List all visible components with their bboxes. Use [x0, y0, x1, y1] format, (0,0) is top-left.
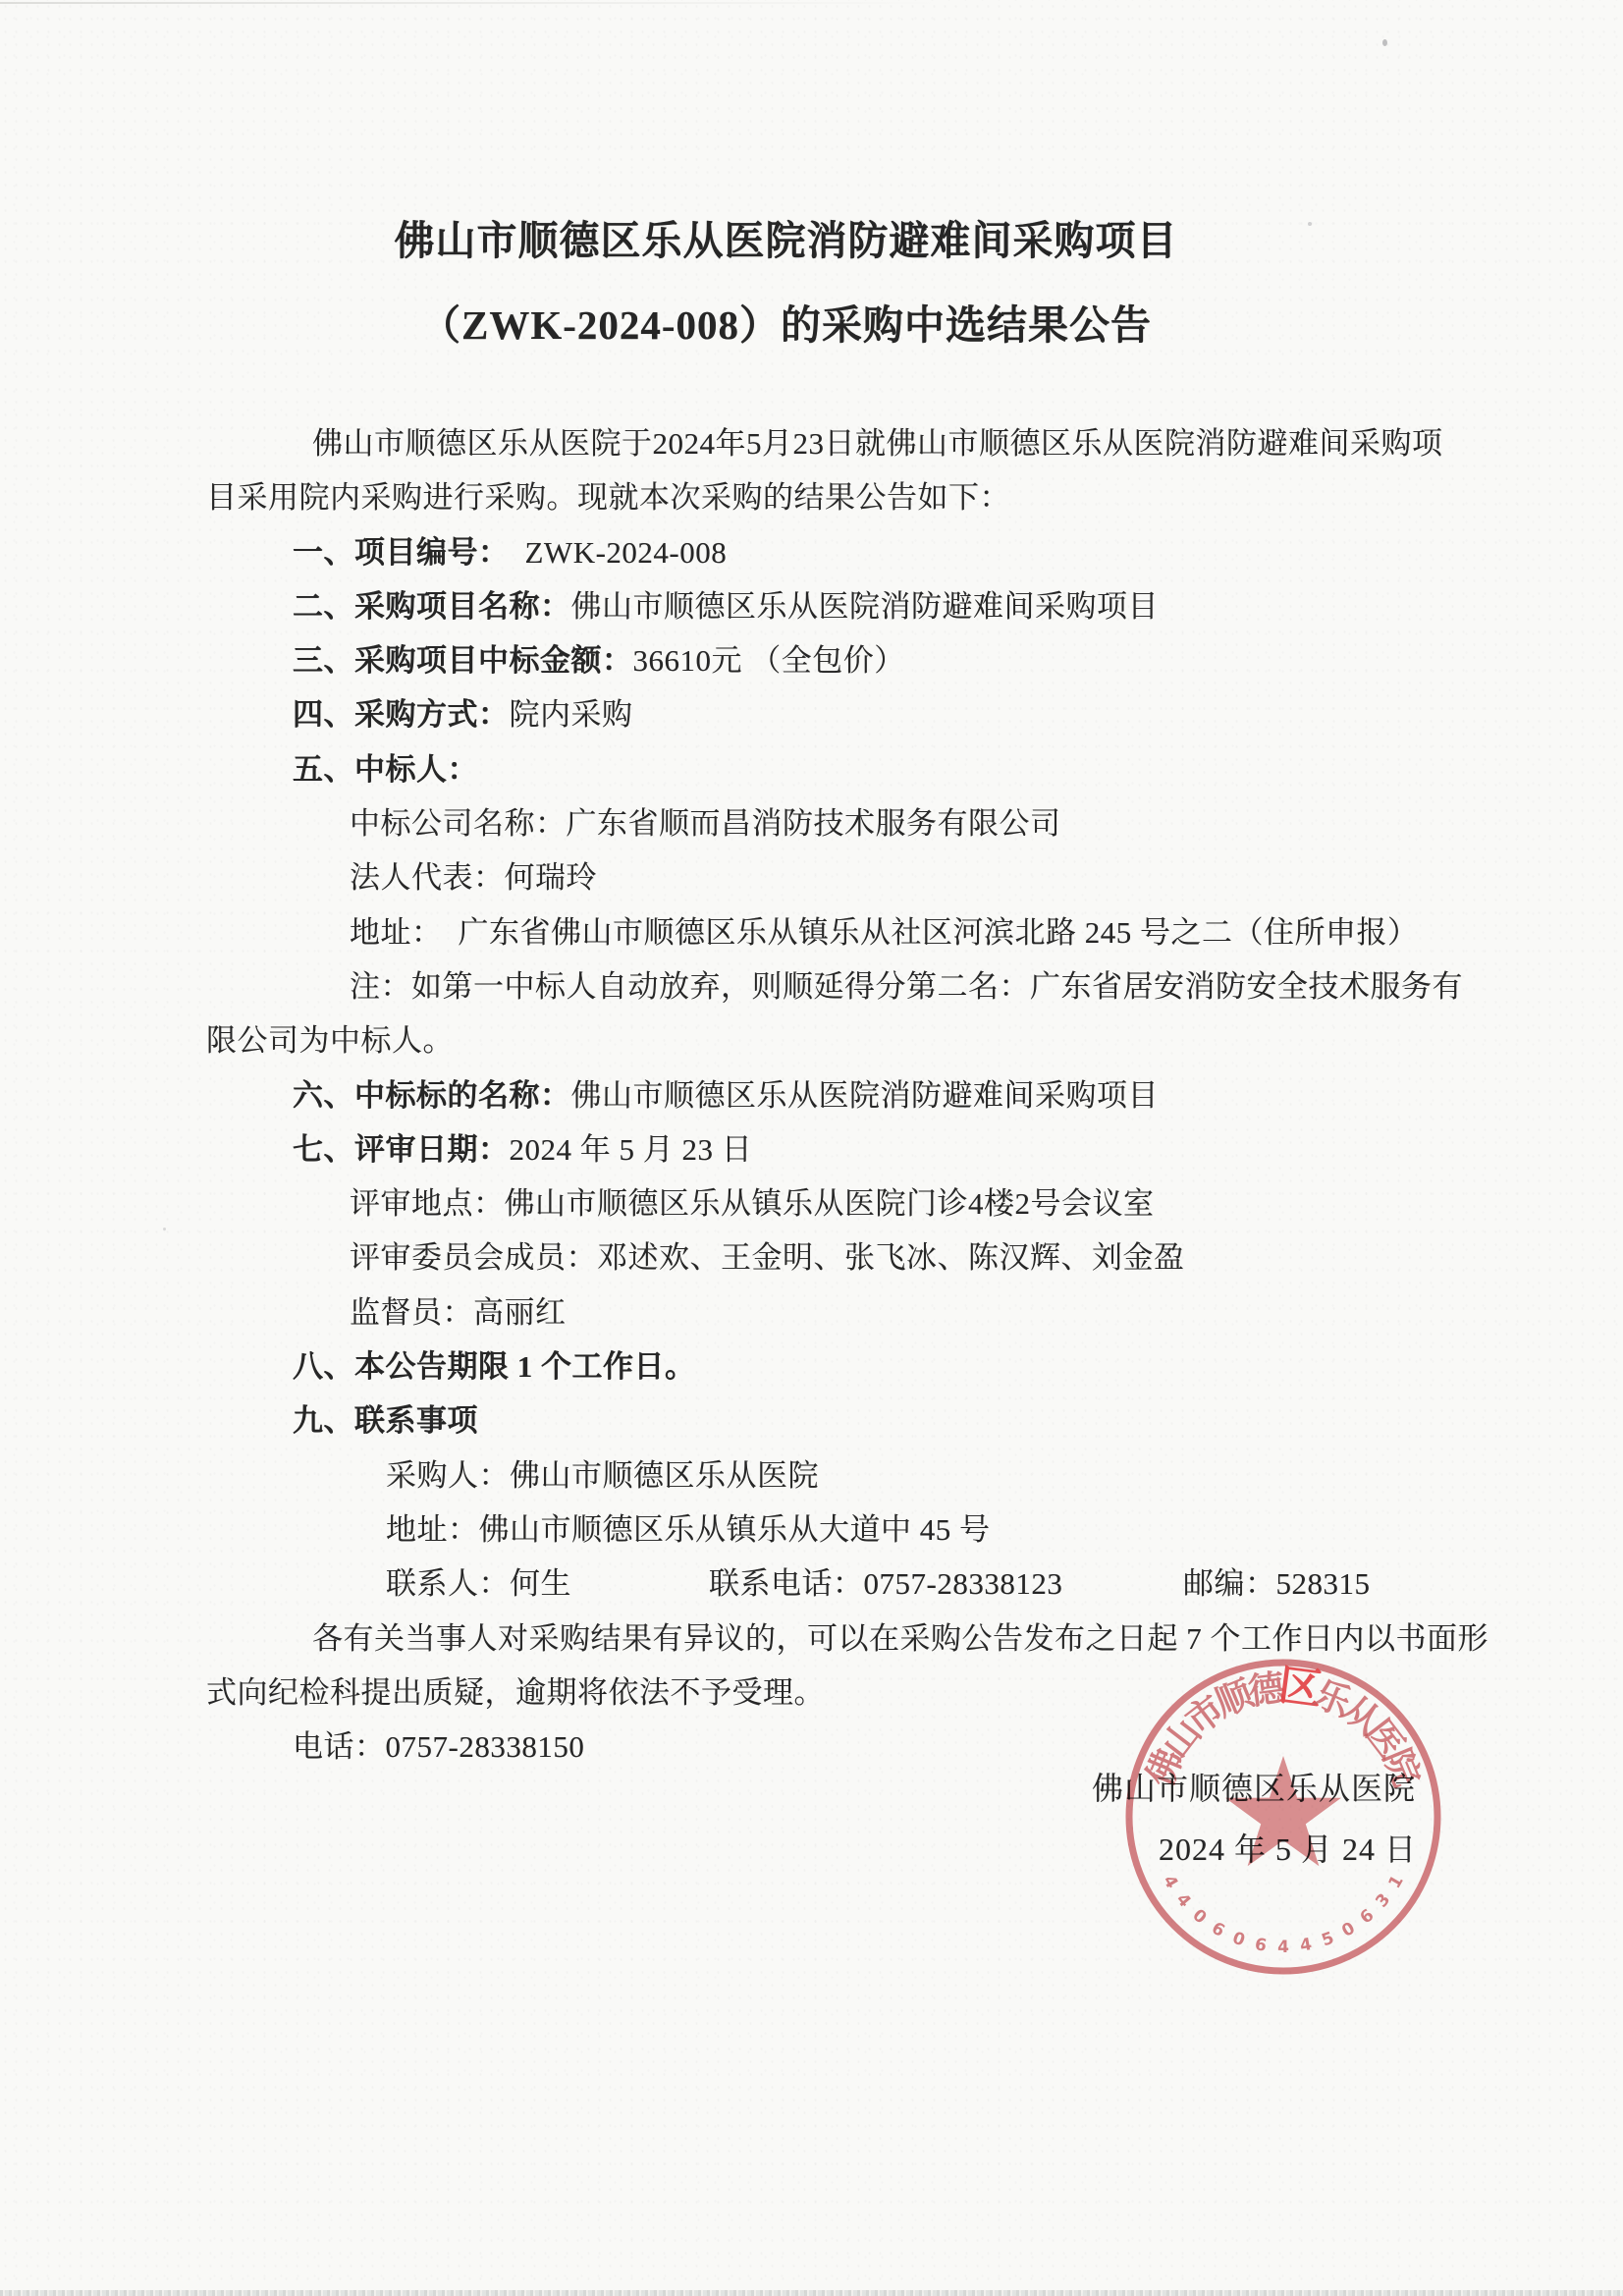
- line-label: 九、联系事项: [293, 1403, 478, 1438]
- svg-text:1: 1: [1385, 1872, 1408, 1891]
- line-text: 评审委员会成员：邓述欢、王金明、张飞冰、陈汉辉、刘金盈: [350, 1240, 1185, 1275]
- scan-speck: [163, 1228, 166, 1230]
- line-label: 四、采购方式：: [293, 697, 510, 732]
- line-text: 佛山市顺德区乐从医院于2024年5月23日就佛山市顺德区乐从医院消防避难间采购项: [312, 426, 1443, 461]
- line-text: 2024 年 5 月 23 日: [510, 1132, 753, 1167]
- document-line: 地址：佛山市顺德区乐从镇乐从大道中 45 号: [206, 1503, 1443, 1557]
- line-text: ZWK-2024-008: [494, 535, 727, 570]
- line-text: 中标公司名称：广东省顺而昌消防技术服务有限公司: [350, 806, 1061, 841]
- seal-star-icon: [1225, 1756, 1341, 1866]
- line-text: 36610元 （全包价）: [633, 643, 905, 678]
- document-line: 评审地点：佛山市顺德区乐从镇乐从医院门诊4楼2号会议室: [206, 1176, 1443, 1230]
- line-text: 监督员：高丽红: [350, 1295, 567, 1330]
- scan-edge-top: [0, 2, 942, 4]
- line-label: 六、中标标的名称：: [293, 1078, 571, 1113]
- document-line: 中标公司名称：广东省顺而昌消防技术服务有限公司: [206, 796, 1443, 850]
- svg-text:0: 0: [1230, 1929, 1248, 1951]
- document-line: 七、评审日期：2024 年 5 月 23 日: [206, 1122, 1443, 1176]
- line-label: 七、评审日期：: [293, 1132, 510, 1167]
- scan-edge-bottom: [0, 2290, 1623, 2296]
- line-text: 佛山市顺德区乐从医院消防避难间采购项目: [571, 589, 1160, 624]
- line-text: 注：如第一中标人自动放弃，则顺延得分第二名：广东省居安消防安全技术服务有: [350, 969, 1463, 1004]
- line-text: 佛山市顺德区乐从医院消防避难间采购项目: [571, 1078, 1160, 1113]
- svg-text:4: 4: [1159, 1872, 1181, 1891]
- document-line: 采购人：佛山市顺德区乐从医院: [206, 1449, 1443, 1503]
- svg-text:6: 6: [1253, 1935, 1268, 1956]
- line-text: 法人代表：何瑞玲: [350, 860, 597, 895]
- line-text: 院内采购: [510, 697, 633, 732]
- line-text: 地址： 广东省佛山市顺德区乐从镇乐从社区河滨北路 245 号之二（住所申报）: [350, 915, 1419, 950]
- document-line: 六、中标标的名称：佛山市顺德区乐从医院消防避难间采购项目: [206, 1068, 1443, 1122]
- svg-text:4: 4: [1299, 1935, 1314, 1956]
- line-text: 式向纪检科提出质疑，逾期将依法不予受理。: [206, 1675, 825, 1710]
- document-line: 目采用院内采购进行采购。现就本次采购的结果公告如下：: [206, 470, 1443, 524]
- svg-text:6: 6: [1357, 1905, 1379, 1928]
- document-line-column: 联系电话：0757-28338123: [709, 1557, 1183, 1611]
- document-line: 联系人：何生联系电话：0757-28338123邮编：528315: [206, 1557, 1443, 1611]
- svg-text:0: 0: [1189, 1905, 1211, 1928]
- line-label: 五、中标人：: [293, 752, 478, 787]
- document-body: 佛山市顺德区乐从医院于2024年5月23日就佛山市顺德区乐从医院消防避难间采购项…: [206, 416, 1443, 1774]
- line-label: 一、项目编号：: [293, 535, 494, 570]
- scan-speck: [1382, 39, 1387, 46]
- document-line: 注：如第一中标人自动放弃，则顺延得分第二名：广东省居安消防安全技术服务有: [206, 959, 1443, 1013]
- document-title-line1: 佛山市顺德区乐从医院消防避难间采购项目: [0, 208, 1597, 266]
- svg-text:4: 4: [1277, 1938, 1289, 1957]
- document-line: 一、项目编号： ZWK-2024-008: [206, 525, 1443, 579]
- document-line: 监督员：高丽红: [206, 1285, 1443, 1339]
- line-text: 目采用院内采购进行采购。现就本次采购的结果公告如下：: [206, 480, 1010, 515]
- official-red-seal: 佛山市顺德区乐从医院 4406064450631: [1116, 1650, 1450, 1984]
- document-line: 九、联系事项: [206, 1394, 1443, 1448]
- line-text: 采购人：佛山市顺德区乐从医院: [386, 1458, 819, 1493]
- document-line: 四、采购方式：院内采购: [206, 687, 1443, 741]
- svg-text:6: 6: [1208, 1919, 1227, 1941]
- document-line: 佛山市顺德区乐从医院于2024年5月23日就佛山市顺德区乐从医院消防避难间采购项: [206, 416, 1443, 470]
- svg-text:3: 3: [1372, 1890, 1394, 1912]
- line-label: 三、采购项目中标金额：: [293, 643, 633, 678]
- document-line: 评审委员会成员：邓述欢、王金明、张飞冰、陈汉辉、刘金盈: [206, 1230, 1443, 1285]
- svg-text:0: 0: [1338, 1918, 1358, 1941]
- document-line: 八、本公告期限 1 个工作日。: [206, 1339, 1443, 1394]
- svg-text:4: 4: [1172, 1890, 1195, 1912]
- document-line: 限公司为中标人。: [206, 1013, 1443, 1067]
- document-line: 地址： 广东省佛山市顺德区乐从镇乐从社区河滨北路 245 号之二（住所申报）: [206, 905, 1443, 959]
- line-text: 评审地点：佛山市顺德区乐从镇乐从医院门诊4楼2号会议室: [350, 1186, 1155, 1221]
- document-line: 二、采购项目名称：佛山市顺德区乐从医院消防避难间采购项目: [206, 579, 1443, 633]
- line-label: 八、本公告期限 1 个工作日。: [293, 1349, 696, 1384]
- line-label: 二、采购项目名称：: [293, 589, 571, 624]
- document-title-line2: （ZWK-2024-008）的采购中选结果公告: [0, 293, 1597, 351]
- document-line-column: 联系人：何生: [386, 1557, 709, 1611]
- svg-text:5: 5: [1320, 1929, 1337, 1951]
- document-line: 三、采购项目中标金额：36610元 （全包价）: [206, 633, 1443, 687]
- document-line: 法人代表：何瑞玲: [206, 850, 1443, 904]
- document-line: 五、中标人：: [206, 742, 1443, 796]
- scanned-document-page: 佛山市顺德区乐从医院消防避难间采购项目 （ZWK-2024-008）的采购中选结…: [0, 0, 1623, 2296]
- document-line-column: 邮编：528315: [1183, 1557, 1371, 1611]
- line-text: 电话：0757-28338150: [293, 1729, 584, 1764]
- line-text: 限公司为中标人。: [206, 1023, 454, 1058]
- line-text: 地址：佛山市顺德区乐从镇乐从大道中 45 号: [386, 1512, 991, 1547]
